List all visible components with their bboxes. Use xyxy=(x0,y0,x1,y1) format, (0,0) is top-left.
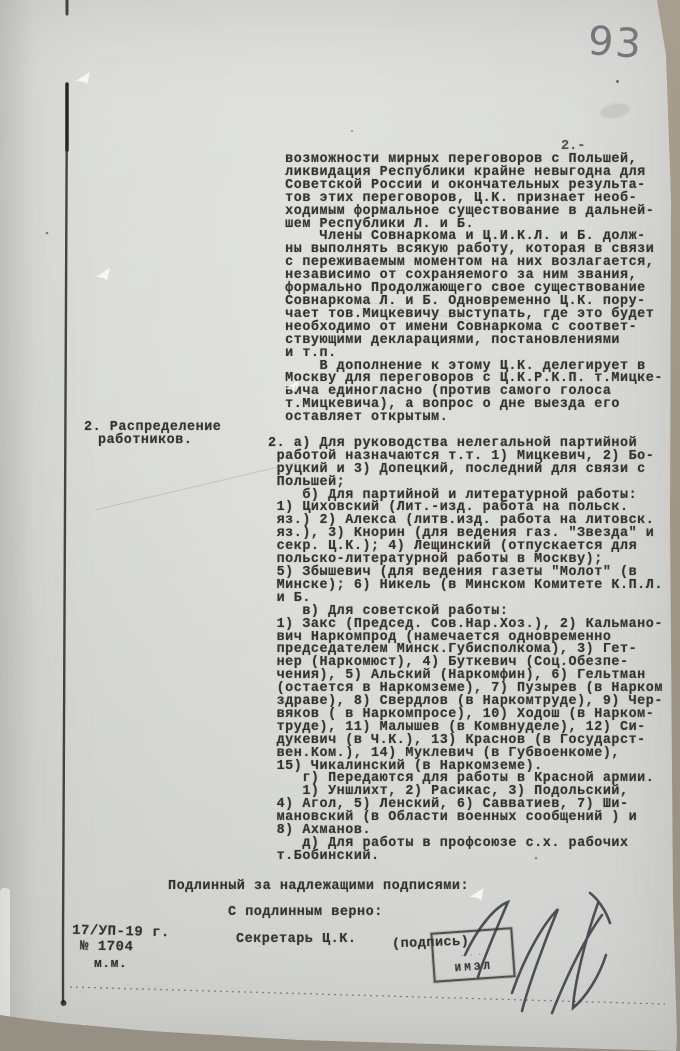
stamp-text: ИМЭЛ xyxy=(454,961,493,976)
archival-document-photo: 93 2.- 2. Распределение работников. возм… xyxy=(0,0,680,1051)
pencil-dot xyxy=(616,80,619,83)
stamp-dots: ··· xyxy=(460,950,487,961)
watermark-glyph xyxy=(75,72,94,87)
margin-note: 2. Распределение работников. xyxy=(84,421,221,447)
signer-title: Секретарь Ц.К. xyxy=(236,932,356,947)
typed-body: возможности мирных переговоров с Польшей… xyxy=(268,154,663,864)
document-page: 93 2.- 2. Распределение работников. возм… xyxy=(0,0,680,1051)
typist-initials: м.м. xyxy=(94,956,127,971)
margin-note-line: работников. xyxy=(98,434,221,447)
document-number: № 1704 xyxy=(80,939,134,956)
attestation-line: Подлинный за надлежащими подписями: xyxy=(168,879,469,894)
watermark-glyph xyxy=(69,1024,88,1039)
typed-line: т.Бобинский. xyxy=(268,851,663,864)
watermark-glyph xyxy=(95,268,114,283)
handwritten-page-number: 93 xyxy=(586,18,644,68)
typed-line: Минске); 6) Никель (в Минском Комитете К… xyxy=(268,580,663,593)
typed-line: оставляет открытым. xyxy=(268,412,663,425)
faint-pencil-smudge xyxy=(599,102,631,121)
archive-stamp: ··· ИМЭЛ xyxy=(430,927,515,983)
certified-copy-line: С подлинным верно: xyxy=(228,905,383,920)
watermark-glyph xyxy=(469,888,488,903)
page-edge-highlight xyxy=(0,888,10,1018)
